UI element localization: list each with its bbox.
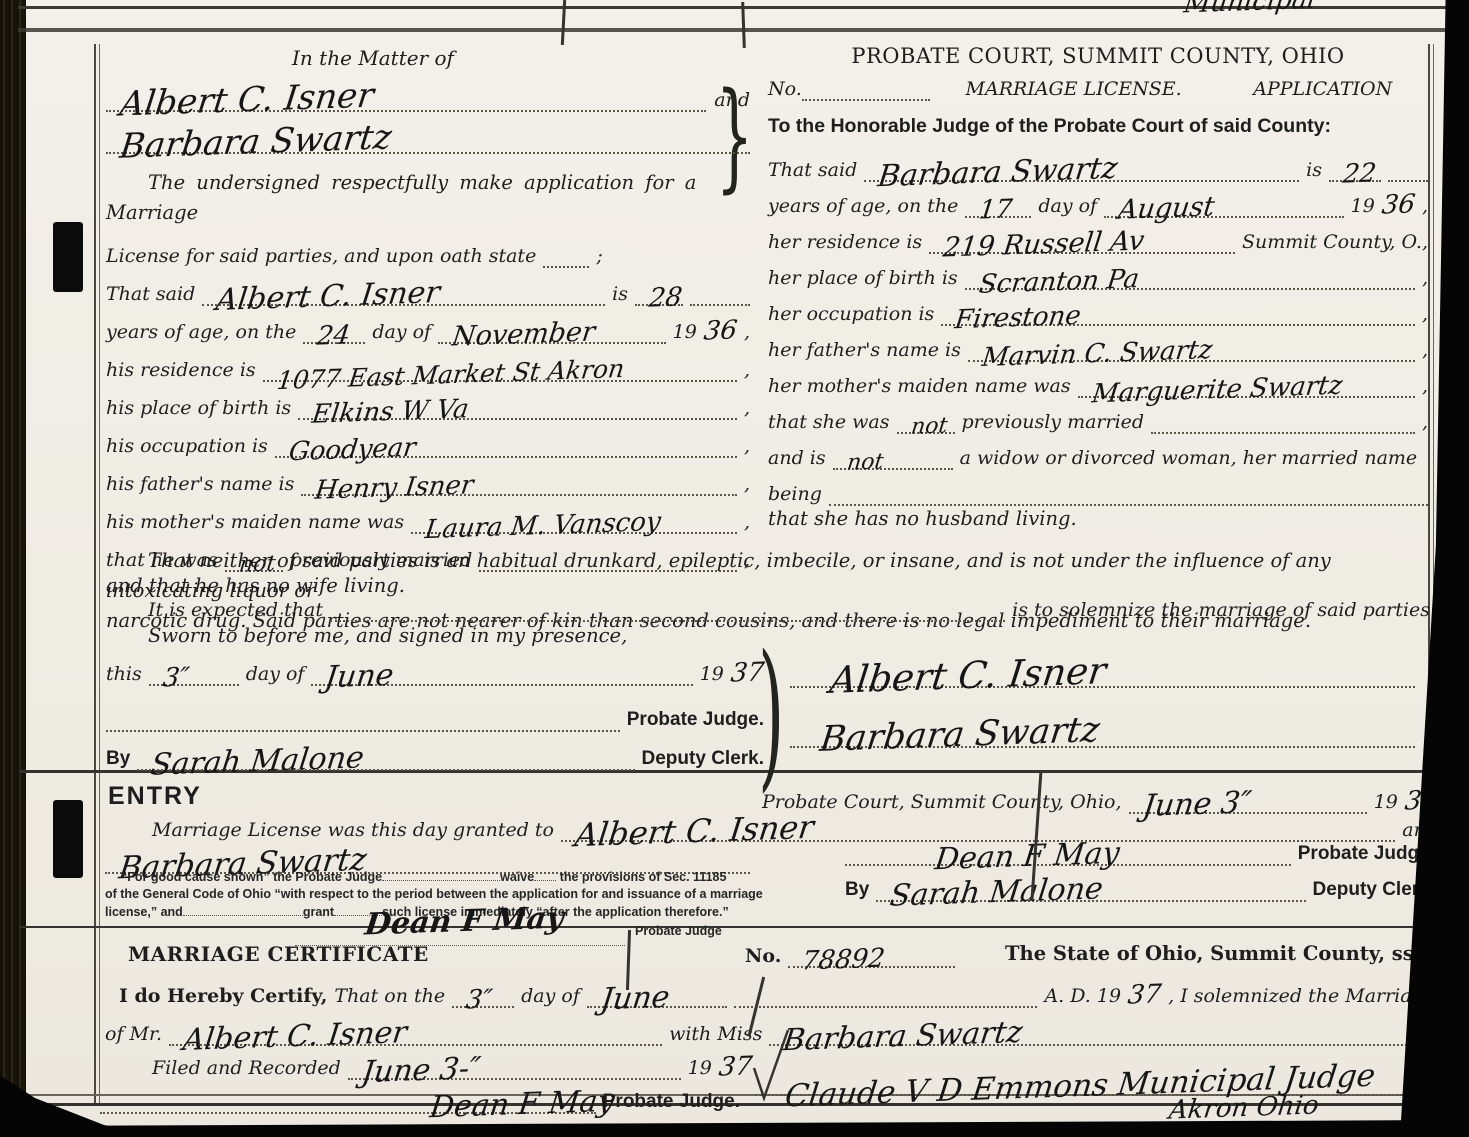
entry-clerk-line: By Sarah Malone Deputy Clerk. (845, 866, 1435, 902)
application-intro: The undersigned respectfully make applic… (106, 168, 750, 268)
certificate-bride-name: Barbara Swartz (782, 1019, 1024, 1053)
bride-age: 22 (1342, 162, 1378, 185)
summit-county-label: Summit County, O., (1242, 231, 1428, 254)
bride-father-line: her father's name is Marvin C. Swartz , (768, 326, 1428, 362)
groom-mother-name: Laura M. Vanscoy (424, 511, 662, 541)
checkmark-artifact (750, 1026, 792, 1102)
state-of-ohio-line: The State of Ohio, Summit County, ss: (1005, 942, 1421, 965)
entry-judge-line: Dean F May Probate Judge. (845, 830, 1435, 866)
groom-signature-line: Albert C. Isner (790, 630, 1415, 688)
bride-occupation: Firestone (954, 305, 1082, 332)
officiant-signature-line: Claude V D Emmons Municipal Judge (755, 1052, 1438, 1096)
book-binding-edge (0, 0, 26, 1137)
marriage-certificate-section: MARRIAGE CERTIFICATE No. 78892 The State… (100, 934, 1440, 1104)
party2-handwritten-name: Barbara Swartz (118, 123, 393, 162)
binder-punch-mark (53, 800, 83, 878)
groom-name-line: That said Albert C. Isner is 28 (106, 268, 750, 306)
applicant-signatures: Albert C. Isner Barbara Swartz (790, 630, 1415, 748)
fine-print-line1: “For good cause shown” the Probate Judge… (105, 868, 781, 886)
bride-birth-year: 36 (1381, 193, 1417, 216)
certificate-title: MARRIAGE CERTIFICATE (128, 942, 429, 966)
bride-handwritten-name: Barbara Swartz (877, 155, 1119, 189)
court-header: PROBATE COURT, SUMMIT COUNTY, OHIO (768, 44, 1428, 68)
groom-signature: Albert C. Isner (828, 655, 1108, 696)
bride-name-line: That said Barbara Swartz is 22 (768, 146, 1428, 182)
sworn-day: 3″ (161, 666, 190, 689)
form-left-rule (94, 44, 96, 1106)
groom-age: 28 (648, 286, 684, 309)
binder-punch-mark (53, 222, 83, 292)
right-paren-bracket: ) (758, 634, 784, 794)
previous-record-partial-handwriting: Municipal (1170, 0, 1302, 9)
honorable-judge-line: To the Honorable Judge of the Probate Co… (768, 115, 1428, 138)
bride-birthplace-line: her place of birth is Scranton Pa , (768, 254, 1428, 290)
certificate-judge-signature: Dean F May (428, 1088, 615, 1120)
bride-previously-married-value: not (909, 418, 948, 438)
scanned-marriage-license-document: Municipal In the Matter of Albert C. Isn… (0, 0, 1469, 1137)
intro-line2: License for said parties, and upon oath … (106, 228, 750, 268)
previous-record-rule (18, 28, 1448, 32)
certificate-judge-line: Dean F May Probate Judge. (100, 1080, 740, 1114)
officiant-place: Akron Ohio (1168, 1094, 1320, 1121)
bride-widow-line: and is not a widow or divorced woman, he… (768, 434, 1428, 470)
bride-no-husband-line: that she has no husband living. (768, 507, 1428, 530)
bride-widow-value: not (845, 454, 884, 474)
bride-married-name-being-line: being (768, 470, 1428, 506)
filed-recorded-line: Filed and Recorded June 3-″ 19 37 (152, 1044, 752, 1080)
probate-judge-line: Probate Judge. (106, 686, 764, 732)
groom-father-name: Henry Isner (314, 474, 475, 502)
groom-birth-year: 36 (703, 319, 739, 342)
sworn-month: June (324, 662, 396, 690)
application-groom-column: In the Matter of Albert C. Isner and } B… (106, 40, 750, 597)
certificate-number-line: No. 78892 (745, 936, 955, 968)
intro-line1: The undersigned respectfully make applic… (106, 168, 750, 228)
entry-fine-print: “For good cause shown” the Probate Judge… (105, 868, 781, 943)
no-label: No. (768, 78, 802, 101)
sworn-date-line: this 3″ day of June 19 37 (106, 647, 764, 686)
groom-birth-day: 24 (316, 324, 352, 347)
marriage-license-label: MARRIAGE LICENSE. (966, 78, 1182, 101)
groom-handwritten-name: Albert C. Isner (215, 280, 442, 313)
groom-father-line: his father's name is Henry Isner , (106, 458, 750, 496)
bride-signature: Barbara Swartz (818, 716, 1101, 756)
bride-birth-month: August (1117, 196, 1216, 222)
application-bride-column: PROBATE COURT, SUMMIT COUNTY, OHIO No. M… (768, 44, 1428, 530)
bride-birthplace: Scranton Pa (977, 268, 1140, 296)
sworn-statement: Sworn to before me, and signed in my pre… (106, 624, 764, 647)
bride-birth-day: 17 (978, 198, 1014, 221)
entry-section: ENTRY Probate Court, Summit County, Ohio… (100, 778, 1440, 926)
fine-print-line2: of the General Code of Ohio “with respec… (105, 886, 781, 903)
certify-line: I do Hereby Certify, That on the 3″ day … (105, 972, 1435, 1008)
expected-solemnize-line: It is expected that is to solemnize the … (106, 592, 1436, 622)
officiant-place-line: Akron Ohio (1155, 1092, 1305, 1115)
application-label: APPLICATION (1253, 78, 1392, 101)
party1-name-line: Albert C. Isner and } (106, 70, 750, 112)
bride-birthdate-line: years of age, on the 17 day of August 19… (768, 182, 1428, 218)
in-the-matter-of-heading: In the Matter of (51, 40, 695, 70)
certificate-number: 78892 (801, 947, 886, 972)
entry-clerk-signature: Sarah Malone (889, 876, 1105, 909)
groom-birth-month: November (451, 322, 597, 350)
sworn-block: Sworn to before me, and signed in my pre… (106, 624, 764, 771)
party2-name-line: Barbara Swartz (106, 112, 750, 154)
bride-residence-line: her residence is 219 Russell Av Summit C… (768, 218, 1428, 254)
groom-birthplace: Elkins W Va (311, 398, 470, 426)
deputy-clerk-signature: Sarah Malone (150, 745, 366, 778)
groom-residence-line: his residence is 1077 East Market St Akr… (106, 344, 750, 382)
certificate-year: 37 (1127, 983, 1163, 1006)
license-number-header-line: No. MARRIAGE LICENSE. APPLICATION (768, 78, 1428, 101)
deputy-clerk-line: By Sarah Malone Deputy Clerk. (106, 732, 764, 771)
groom-occupation: Goodyear (287, 437, 416, 464)
bride-mother-name: Marguerite Swartz (1090, 374, 1343, 405)
bride-residence: 219 Russell Av (942, 230, 1146, 260)
bride-father-name: Marvin C. Swartz (981, 339, 1214, 369)
filed-year: 37 (718, 1055, 754, 1078)
